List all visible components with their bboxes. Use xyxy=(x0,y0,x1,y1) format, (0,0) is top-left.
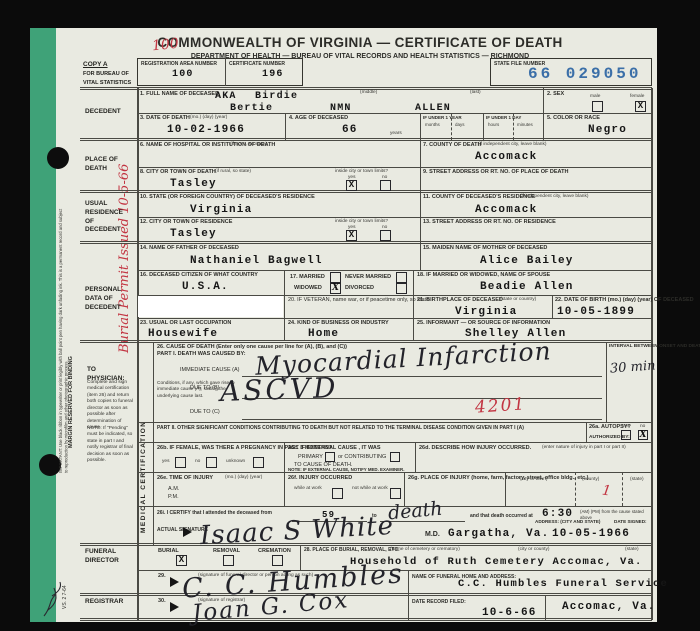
marital-divorced-checkbox xyxy=(396,283,407,294)
pregnancy-no-checkbox xyxy=(206,457,217,468)
field-28-sub1: (name of cemetery or crematory) xyxy=(390,547,460,553)
certificate-number-value: 196 xyxy=(262,70,284,80)
interval-value-handwriting: 30 min xyxy=(610,359,656,375)
section-funeral-director: FUNERAL DIRECTOR xyxy=(85,548,125,566)
burial-checkbox: X xyxy=(176,555,187,566)
city-of-death-value: Tasley xyxy=(170,179,217,190)
field-26b-label: 26b. IF FEMALE, WAS THERE A PREGNANCY IN… xyxy=(157,445,277,452)
certificate-title: COMMONWEALTH OF VIRGINIA — CERTIFICATE O… xyxy=(125,35,595,52)
binding-strip xyxy=(30,28,56,622)
state-file-value: 66 029050 xyxy=(528,66,641,82)
field-11-sub: (if independent city, leave blank) xyxy=(520,194,588,200)
field-24-label: 24. KIND OF BUSINESS OR INDUSTRY xyxy=(288,320,389,327)
field-26h-state-sub: (state) xyxy=(630,477,644,483)
code-handwriting: 4201 xyxy=(474,396,526,417)
name-first: Bertie xyxy=(230,104,273,114)
signature-arrow-icon xyxy=(183,527,192,537)
limits-death-label: inside city or town limits? xyxy=(335,169,388,175)
name-middle: NMN xyxy=(330,104,352,114)
removal-label: REMOVAL xyxy=(213,548,240,555)
signature-arrow-icon xyxy=(170,577,179,587)
date-signed-value: 10-05-1966 xyxy=(552,529,630,540)
date-signed-label: DATE SIGNED: xyxy=(614,519,647,525)
interval-label: INTERVAL BETWEEN ONSET AND DEATH xyxy=(609,344,649,350)
field-21-sub: (state or country) xyxy=(500,297,536,303)
field-26f-label: 26f. INJURY OCCURRED xyxy=(288,475,352,482)
county-of-residence-value: Accomack xyxy=(475,205,537,216)
field-12-label: 12. CITY OR TOWN OF RESIDENCE xyxy=(140,219,232,226)
registration-label: REGISTRATION AREA NUMBER xyxy=(141,61,211,67)
external-primary-label: PRIMARY xyxy=(298,454,323,461)
funeral-home-city-value: Accomac, Va. xyxy=(562,602,656,613)
signature-arrow-icon xyxy=(170,602,179,612)
marital-never-checkbox xyxy=(396,272,407,283)
injury-not-at-work-label: not while at work xyxy=(352,486,388,492)
date-of-death-value: 10-02-1966 xyxy=(167,125,245,136)
external-contributing-label: or CONTRIBUTING xyxy=(338,454,386,461)
field-20-label: 20. IF VETERAN, name war, or if peacetim… xyxy=(288,297,373,304)
field-26h-county-sub: (county) xyxy=(582,477,599,483)
field-26d-sub: (enter nature of injury in part I or par… xyxy=(542,445,626,451)
punch-hole xyxy=(47,147,69,169)
sex-male-checkbox xyxy=(592,101,603,112)
external-primary-checkbox xyxy=(325,452,335,462)
spouse-value: Beadie Allen xyxy=(480,282,574,293)
age-value: 66 xyxy=(342,125,358,136)
autopsy-no-label: no xyxy=(640,424,645,430)
authorized-by-label: AUTHORIZED BY: xyxy=(589,435,630,441)
under-1-day-label: IF UNDER 1 DAY xyxy=(486,115,521,121)
field-6-label: 6. NAME OF HOSPITAL OR INSTITUTION OF DE… xyxy=(140,142,225,149)
field-26h-city-sub: (city or town) xyxy=(520,477,547,483)
field-21-label: 21. BIRTHPLACE OF DECEASED xyxy=(417,297,503,304)
marital-widowed-checkbox: X xyxy=(330,283,341,294)
name-aka-value: Birdie xyxy=(255,92,298,102)
certificate-paper: MARGIN RESERVED FOR BINDING IMPORTANT: U… xyxy=(30,28,657,622)
field-29-number: 29. xyxy=(158,573,166,580)
field-28-label: 28. PLACE OF BURIAL, REMOVAL, ETC. xyxy=(304,547,352,553)
binding-margin-title: MARGIN RESERVED FOR BINDING xyxy=(68,233,75,448)
burial-label: BURIAL xyxy=(158,548,179,555)
marital-married-label: 17. MARRIED xyxy=(290,274,325,281)
field-3-label: 3. DATE OF DEATH xyxy=(140,115,190,122)
marital-never-label: NEVER MARRIED xyxy=(345,274,391,281)
birthplace-value: Virginia xyxy=(455,307,517,318)
city-of-residence-value: Tasley xyxy=(170,229,217,240)
part2-label: PART II. OTHER SIGNIFICANT CONDITIONS CO… xyxy=(157,425,557,431)
field-2-label: 2. SEX xyxy=(547,91,564,98)
time-pm-label: P.M. xyxy=(168,494,179,501)
race-value: Negro xyxy=(588,125,627,136)
date-filed-value: 10-6-66 xyxy=(482,608,537,619)
autopsy-no-checkbox: X xyxy=(638,430,648,440)
pregnancy-yes-checkbox xyxy=(175,457,186,468)
time-am-label: A.M. xyxy=(168,486,179,493)
attended-to-handwriting: death xyxy=(387,500,443,524)
md-label: M.D. xyxy=(425,531,440,540)
autopsy-yes-label: yes xyxy=(622,424,629,430)
external-contributing-checkbox xyxy=(390,452,400,462)
under-1-day-hours: hours xyxy=(488,122,499,127)
under-1-year-label: IF UNDER 1 YEAR xyxy=(423,115,462,121)
funeral-home-label: NAME OF FUNERAL HOME AND ADDRESS: xyxy=(412,574,464,580)
county-of-death-value: Accomack xyxy=(475,152,537,163)
field-8-sub: (if rural, so state) xyxy=(215,169,251,175)
field-1-last-sub: (last) xyxy=(470,90,481,96)
address-label: ADDRESS: (CITY AND STATE) xyxy=(535,519,600,525)
injury-at-work-label: while at work xyxy=(294,486,322,492)
copy-a: COPY A xyxy=(83,61,108,68)
burial-permit-note: Burial Permit Issued 10-5-66 xyxy=(118,148,131,353)
limits-res-label: inside city or town limits? xyxy=(335,219,388,225)
pregnancy-unknown-label: unknown xyxy=(226,459,245,465)
field-4-label: 4. AGE OF DECEASED xyxy=(289,115,321,122)
limits-res-yes-checkbox: X xyxy=(346,230,357,241)
section-decedent: DECEDENT xyxy=(85,108,121,117)
cause-b-handwriting: ASCVD xyxy=(220,374,339,406)
limits-death-no-checkbox xyxy=(380,180,391,191)
handwritten-initials xyxy=(38,576,68,620)
mother-name-value: Alice Bailey xyxy=(480,256,574,267)
field-16-label: 16. DECEASED CITIZEN OF WHAT COUNTRY xyxy=(140,272,200,279)
state-of-residence-value: Virginia xyxy=(190,205,252,216)
citizen-value: U.S.A. xyxy=(182,282,229,293)
section-usual-residence: USUAL RESIDENCE OF DECEDENT xyxy=(85,200,131,235)
field-11-label: 11. COUNTY OF DECEASED'S RESIDENCE xyxy=(423,194,535,201)
date-filed-label: DATE RECORD FILED: xyxy=(412,599,452,605)
injury-county-mark: 1 xyxy=(601,483,612,498)
field-18-label: 18. IF MARRIED OR WIDOWED, NAME OF SPOUS… xyxy=(417,272,507,279)
field-25-label: 25. INFORMANT — OR SOURCE OF INFORMATION xyxy=(417,320,550,327)
sex-female-label: female xyxy=(630,94,644,100)
pregnancy-no-label: no xyxy=(195,459,200,465)
name-aka: AKA xyxy=(215,92,237,102)
physician-address-value: Gargatha, Va. xyxy=(448,529,549,540)
registration-value: 100 xyxy=(172,70,194,80)
under-1-day-minutes: minutes xyxy=(517,122,533,127)
section-personal-data: PERSONAL DATA OF DECEDENT xyxy=(85,286,131,312)
section-registrar: REGISTRAR xyxy=(85,598,123,607)
field-26e-label: 26e. TIME OF INJURY xyxy=(157,475,213,482)
field-23-label: 23. USUAL OR LAST OCCUPATION xyxy=(140,320,231,327)
due-to-b-label: DUE TO (B) xyxy=(190,385,219,392)
field-6-sub: (if none, so state) xyxy=(230,142,267,148)
copy-for: FOR BUREAU OF VITAL STATISTICS xyxy=(83,71,131,86)
copy-label: COPY A FOR BUREAU OF VITAL STATISTICS xyxy=(83,61,135,87)
actual-signature-label: ACTUAL SIGNATURE xyxy=(157,527,185,533)
redacted-area xyxy=(138,296,283,317)
certify-statement: 26i. I CERTIFY that I attended the decea… xyxy=(157,510,272,516)
field-5-label: 5. COLOR OR RACE xyxy=(547,115,577,122)
due-to-c-label: DUE TO (C) xyxy=(190,409,220,416)
removal-checkbox xyxy=(223,555,234,566)
injury-not-at-work-checkbox xyxy=(390,488,401,499)
marital-married-checkbox xyxy=(330,272,341,283)
pregnancy-unknown-checkbox xyxy=(253,457,264,468)
funeral-home-value: C.C. Humbles Funeral Service xyxy=(458,579,668,590)
to-physician-note: NOTE: If "Pending" must be indicated, so… xyxy=(87,426,133,465)
field-9-label: 9. STREET ADDRESS OR RT. NO. OF PLACE OF… xyxy=(423,169,503,176)
field-14-label: 14. NAME OF FATHER OF DECEASED xyxy=(140,245,239,252)
marital-widowed-label: WIDOWED xyxy=(294,285,322,292)
field-26d-label: 26d. DESCRIBE HOW INJURY OCCURRED. xyxy=(419,445,531,452)
field-13-label: 13. STREET ADDRESS OR RT. NO. OF RESIDEN… xyxy=(423,219,503,226)
date-of-birth-value: 10-05-1899 xyxy=(557,307,635,318)
pregnancy-yes-label: yes xyxy=(162,459,169,465)
scanned-death-certificate: MARGIN RESERVED FOR BINDING IMPORTANT: U… xyxy=(0,0,700,631)
age-unit: years xyxy=(390,131,402,137)
under-1-year-months: months xyxy=(425,122,440,127)
field-7-label: 7. COUNTY OF DEATH xyxy=(423,142,481,149)
business-value: Home xyxy=(308,329,339,340)
field-10-label: 10. STATE (OR FOREIGN COUNTRY) OF DECEAS… xyxy=(140,194,260,201)
injury-at-work-checkbox xyxy=(332,488,343,499)
father-name-value: Nathaniel Bagwell xyxy=(190,256,323,267)
limits-res-no-checkbox xyxy=(380,230,391,241)
marital-divorced-label: DIVORCED xyxy=(345,285,374,292)
field-1-label: 1. FULL NAME OF DECEASED xyxy=(140,91,180,98)
immediate-cause-label: IMMEDIATE CAUSE (A) xyxy=(180,367,240,374)
handwritten-area-number: 100 xyxy=(151,37,179,54)
limits-death-yes-checkbox: X xyxy=(346,180,357,191)
field-1-middle-sub: (middle) xyxy=(360,90,377,96)
external-note: NOTE: IF EXTERNAL CAUSE, NOTIFY MED. EXA… xyxy=(288,467,404,473)
field-8-label: 8. CITY OR TOWN OF DEATH xyxy=(140,169,216,176)
field-26g-label: 26g. PLACE OF INJURY (home, farm, factor… xyxy=(408,475,500,482)
field-15-label: 15. MAIDEN NAME OF MOTHER OF DECEASED xyxy=(423,245,547,252)
field-26c-label: 26c. IF EXTERNAL CAUSE , IT WAS xyxy=(288,445,381,452)
field-26e-sub: (mo.) (day) (year) xyxy=(225,475,262,481)
sex-male-label: male xyxy=(590,94,600,100)
section-place-of-death: PLACE OF DEATH xyxy=(85,156,125,174)
occupation-value: Housewife xyxy=(148,329,218,340)
cremation-label: CREMATION xyxy=(258,548,291,555)
certificate-number-label: CERTIFICATE NUMBER xyxy=(229,61,284,67)
binding-margin-note: IMPORTANT: Use black ribbon in typewrite… xyxy=(58,208,67,473)
field-28-sub3: (state) xyxy=(625,547,639,553)
field-30-number: 30. xyxy=(158,598,166,605)
part1-label: PART I. DEATH WAS CAUSED BY: xyxy=(157,351,246,358)
to-physician-body: Complete and sign medical certification … xyxy=(87,380,133,432)
sex-female-checkbox: X xyxy=(635,101,646,112)
cremation-checkbox xyxy=(272,555,283,566)
name-last: ALLEN xyxy=(415,104,451,114)
field-3-sub: (mo.) (day) (year) xyxy=(190,115,227,121)
field-22-label: 22. DATE OF BIRTH (mo.) (day) (year) OF … xyxy=(555,297,645,304)
occurred-at-label: and that death occurred at xyxy=(470,513,533,519)
under-1-year-days: days xyxy=(455,122,465,127)
field-7-sub: (if independent city, leave blank) xyxy=(478,142,546,148)
field-28-sub2: (city or county) xyxy=(518,547,549,553)
